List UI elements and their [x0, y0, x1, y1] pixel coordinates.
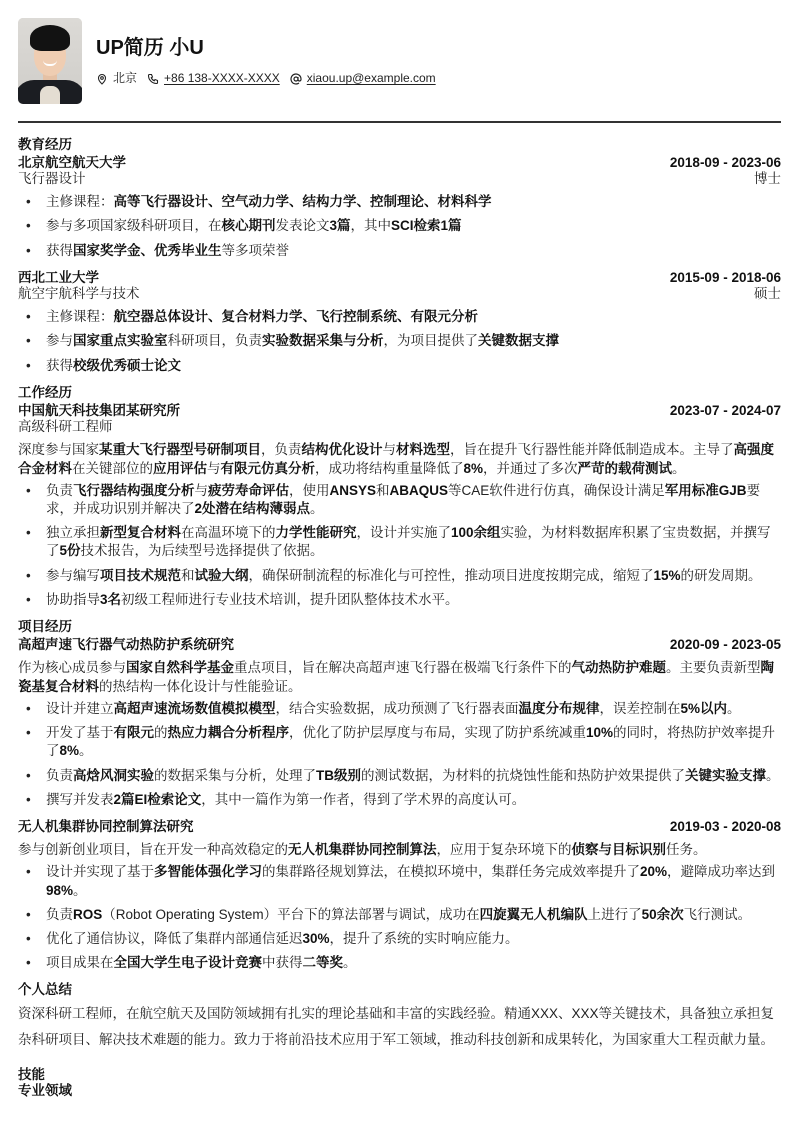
education-dates: 2018-09 - 2023-06: [670, 155, 781, 171]
bullet-item: 负责ROS（Robot Operating System）平台下的算法部署与调试…: [18, 906, 781, 924]
emphasis-text: 侦察与目标识别: [572, 842, 667, 857]
bullet-item: 主修课程：高等飞行器设计、空气动力学、结构力学、控制理论、材料科学: [18, 193, 781, 211]
education-entry: 西北工业大学 2015-09 - 2018-06 航空宇航科学与技术 硕士 主修…: [18, 270, 781, 375]
section-title-education: 教育经历: [18, 137, 781, 153]
skills-section: 技能 专业领域: [18, 1067, 781, 1099]
major: 飞行器设计: [18, 171, 86, 187]
emphasis-text: 2处潜在结构薄弱点: [195, 501, 311, 516]
contact-phone: +86 138-XXXX-XXXX: [147, 70, 280, 87]
emphasis-text: 10%: [586, 725, 613, 740]
work-bullets: 负责飞行器结构强度分析与疲劳寿命评估，使用ANSYS和ABAQUS等CAE软件进…: [18, 482, 781, 609]
emphasis-text: TB级别: [316, 768, 361, 783]
emphasis-text: 材料选型: [396, 442, 450, 457]
bullet-item: 撰写并发表2篇EI检索论文，其中一篇作为第一作者，得到了学术界的高度认可。: [18, 791, 781, 809]
section-title-projects: 项目经历: [18, 619, 781, 635]
emphasis-text: 15%: [654, 568, 681, 583]
emphasis-text: 航空器总体设计、复合材料力学、飞行控制系统、有限元分析: [114, 309, 479, 324]
emphasis-text: 力学性能研究: [276, 525, 357, 540]
work-dates: 2023-07 - 2024-07: [670, 403, 781, 419]
major: 航空宇航科学与技术: [18, 286, 140, 302]
emphasis-text: 高等飞行器设计、空气动力学、结构力学、控制理论、材料科学: [114, 194, 492, 209]
emphasis-text: 试验大纲: [195, 568, 249, 583]
bullet-item: 参与多项国家级科研项目，在核心期刊发表论文3篇，其中SCI检索1篇: [18, 217, 781, 235]
emphasis-text: 疲劳寿命评估: [208, 483, 289, 498]
emphasis-text: SCI检索1篇: [391, 218, 462, 233]
emphasis-text: 全国大学生电子设计竞赛: [114, 955, 263, 970]
work-entry: 中国航天科技集团某研究所 2023-07 - 2024-07 高级科研工程师 深…: [18, 403, 781, 609]
bullet-item: 协助指导3名初级工程师进行专业技术培训，提升团队整体技术水平。: [18, 591, 781, 609]
emphasis-text: 50余次: [642, 907, 684, 922]
project-entry: 无人机集群协同控制算法研究 2019-03 - 2020-08 参与创新创业项目…: [18, 819, 781, 973]
emphasis-text: 2篇EI检索论文: [114, 792, 202, 807]
degree: 硕士: [754, 286, 781, 302]
emphasis-text: ROS: [73, 907, 102, 922]
job-role: 高级科研工程师: [18, 419, 113, 435]
emphasis-text: 8%: [60, 743, 80, 758]
bullet-item: 独立承担新型复合材料在高温环境下的力学性能研究，设计并实施了100余组实验，为材…: [18, 524, 781, 560]
emphasis-text: 无人机集群协同控制算法: [288, 842, 437, 857]
at-sign-icon: [290, 73, 302, 85]
emphasis-text: 有限元: [114, 725, 155, 740]
emphasis-text: 热应力耦合分析程序: [168, 725, 290, 740]
header-divider: [18, 121, 781, 123]
emphasis-text: 30%: [303, 931, 330, 946]
emphasis-text: 实验数据采集与分析: [262, 333, 384, 348]
emphasis-text: 严苛的载荷测试: [578, 461, 673, 476]
emphasis-text: ANSYS: [330, 483, 377, 498]
emphasis-text: 多智能体强化学习: [154, 864, 262, 879]
school-name: 北京航空航天大学: [18, 155, 126, 171]
skills-subsection-title: 专业领域: [18, 1083, 781, 1099]
bullet-item: 参与编写项目技术规范和试验大纲，确保研制流程的标准化与可控性，推动项目进度按期完…: [18, 567, 781, 585]
project-dates: 2019-03 - 2020-08: [670, 819, 781, 835]
emphasis-text: 校级优秀硕士论文: [73, 358, 181, 373]
education-entry: 北京航空航天大学 2018-09 - 2023-06 飞行器设计 博士 主修课程…: [18, 155, 781, 260]
emphasis-text: 98%: [46, 883, 73, 898]
location-text: 北京: [113, 70, 137, 87]
emphasis-text: 5%以内: [681, 701, 728, 716]
emphasis-text: 新型复合材料: [100, 525, 181, 540]
bullet-item: 负责飞行器结构强度分析与疲劳寿命评估，使用ANSYS和ABAQUS等CAE软件进…: [18, 482, 781, 518]
contact-location: 北京: [96, 70, 137, 87]
emphasis-text: 关键数据支撑: [478, 333, 559, 348]
bullet-item: 设计并建立高超声速流场数值模拟模型，结合实验数据，成功预测了飞行器表面温度分布规…: [18, 700, 781, 718]
emphasis-text: 100余组: [451, 525, 501, 540]
company-name: 中国航天科技集团某研究所: [18, 403, 180, 419]
education-bullets: 主修课程：高等飞行器设计、空气动力学、结构力学、控制理论、材料科学参与多项国家级…: [18, 193, 781, 260]
bullet-item: 主修课程：航空器总体设计、复合材料力学、飞行控制系统、有限元分析: [18, 308, 781, 326]
emphasis-text: 军用标准GJB: [665, 483, 747, 498]
bullet-item: 设计并实现了基于多智能体强化学习的集群路径规划算法，在模拟环境中，集群任务完成效…: [18, 863, 781, 899]
section-title-work: 工作经历: [18, 385, 781, 401]
emphasis-text: 高超声速流场数值模拟模型: [114, 701, 276, 716]
emphasis-text: 有限元仿真分析: [221, 461, 316, 476]
section-title-skills: 技能: [18, 1067, 781, 1083]
emphasis-text: 5份: [60, 543, 81, 558]
email-link[interactable]: xiaou.up@example.com: [307, 70, 436, 87]
summary-section: 个人总结 资深科研工程师，在航空航天及国防领域拥有扎实的理论基础和丰富的实践经验…: [18, 982, 781, 1053]
bullet-item: 优化了通信协议，降低了集群内部通信延迟30%，提升了系统的实时响应能力。: [18, 930, 781, 948]
bullet-item: 负责高焓风洞实验的数据采集与分析，处理了TB级别的测试数据，为材料的抗烧蚀性能和…: [18, 767, 781, 785]
emphasis-text: 3名: [100, 592, 121, 607]
emphasis-text: 温度分布规律: [519, 701, 600, 716]
project-description: 作为核心成员参与国家自然科学基金重点项目，旨在解决高超声速飞行器在极端飞行条件下…: [18, 659, 781, 695]
emphasis-text: 3篇: [330, 218, 351, 233]
contact-list: 北京 +86 138-XXXX-XXXX xiaou.up@example.co…: [96, 70, 446, 87]
project-name: 高超声速飞行器气动热防护系统研究: [18, 637, 234, 653]
candidate-name: UP简历 小U: [96, 36, 446, 60]
projects-section: 项目经历 高超声速飞行器气动热防护系统研究 2020-09 - 2023-05 …: [18, 619, 781, 972]
bullet-item: 开发了基于有限元的热应力耦合分析程序，优化了防护层厚度与布局，实现了防护系统减重…: [18, 724, 781, 760]
project-entry: 高超声速飞行器气动热防护系统研究 2020-09 - 2023-05 作为核心成…: [18, 637, 781, 809]
section-title-summary: 个人总结: [18, 982, 781, 998]
work-section: 工作经历 中国航天科技集团某研究所 2023-07 - 2024-07 高级科研…: [18, 385, 781, 609]
emphasis-text: 项目技术规范: [100, 568, 181, 583]
bullet-item: 获得国家奖学金、优秀毕业生等多项荣誉: [18, 242, 781, 260]
profile-photo: [18, 18, 82, 104]
work-description: 深度参与国家某重大飞行器型号研制项目，负责结构优化设计与材料选型，旨在提升飞行器…: [18, 441, 781, 477]
bullet-item: 参与国家重点实验室科研项目，负责实验数据采集与分析，为项目提供了关键数据支撑: [18, 332, 781, 350]
emphasis-text: 核心期刊: [222, 218, 276, 233]
emphasis-text: 飞行器结构强度分析: [73, 483, 195, 498]
project-dates: 2020-09 - 2023-05: [670, 637, 781, 653]
emphasis-text: 国家奖学金、优秀毕业生: [73, 243, 222, 258]
emphasis-text: 国家重点实验室: [73, 333, 168, 348]
degree: 博士: [754, 171, 781, 187]
education-dates: 2015-09 - 2018-06: [670, 270, 781, 286]
emphasis-text: 高焓风洞实验: [73, 768, 154, 783]
project-bullets: 设计并建立高超声速流场数值模拟模型，结合实验数据，成功预测了飞行器表面温度分布规…: [18, 700, 781, 809]
education-bullets: 主修课程：航空器总体设计、复合材料力学、飞行控制系统、有限元分析参与国家重点实验…: [18, 308, 781, 375]
emphasis-text: 四旋翼无人机编队: [480, 907, 588, 922]
contact-email: xiaou.up@example.com: [290, 70, 436, 87]
emphasis-text: 气动热防护难题: [572, 660, 667, 675]
emphasis-text: 应用评估: [153, 461, 207, 476]
emphasis-text: 国家自然科学基金: [126, 660, 234, 675]
resume-page: UP简历 小U 北京 +86 138-XXXX-XXXX xiaou.up@ex…: [0, 0, 799, 1100]
summary-text: 资深科研工程师，在航空航天及国防领域拥有扎实的理论基础和丰富的实践经验。精通XX…: [18, 1001, 781, 1054]
bullet-item: 项目成果在全国大学生电子设计竞赛中获得二等奖。: [18, 954, 781, 972]
emphasis-text: ABAQUS: [390, 483, 449, 498]
phone-link[interactable]: +86 138-XXXX-XXXX: [164, 70, 280, 87]
project-bullets: 设计并实现了基于多智能体强化学习的集群路径规划算法，在模拟环境中，集群任务完成效…: [18, 863, 781, 972]
emphasis-text: 二等奖: [303, 955, 344, 970]
phone-icon: [147, 73, 159, 85]
project-name: 无人机集群协同控制算法研究: [18, 819, 194, 835]
school-name: 西北工业大学: [18, 270, 99, 286]
project-description: 参与创新创业项目，旨在开发一种高效稳定的无人机集群协同控制算法，应用于复杂环境下…: [18, 841, 781, 859]
emphasis-text: 8%: [464, 461, 484, 476]
resume-header: UP简历 小U 北京 +86 138-XXXX-XXXX xiaou.up@ex…: [18, 18, 781, 104]
location-pin-icon: [96, 73, 108, 85]
emphasis-text: 某重大飞行器型号研制项目: [99, 442, 261, 457]
header-info: UP简历 小U 北京 +86 138-XXXX-XXXX xiaou.up@ex…: [96, 34, 446, 87]
emphasis-text: 20%: [640, 864, 667, 879]
bullet-item: 获得校级优秀硕士论文: [18, 357, 781, 375]
emphasis-text: 结构优化设计: [302, 442, 383, 457]
education-section: 教育经历 北京航空航天大学 2018-09 - 2023-06 飞行器设计 博士…: [18, 137, 781, 375]
emphasis-text: 关键实验支撑: [685, 768, 766, 783]
